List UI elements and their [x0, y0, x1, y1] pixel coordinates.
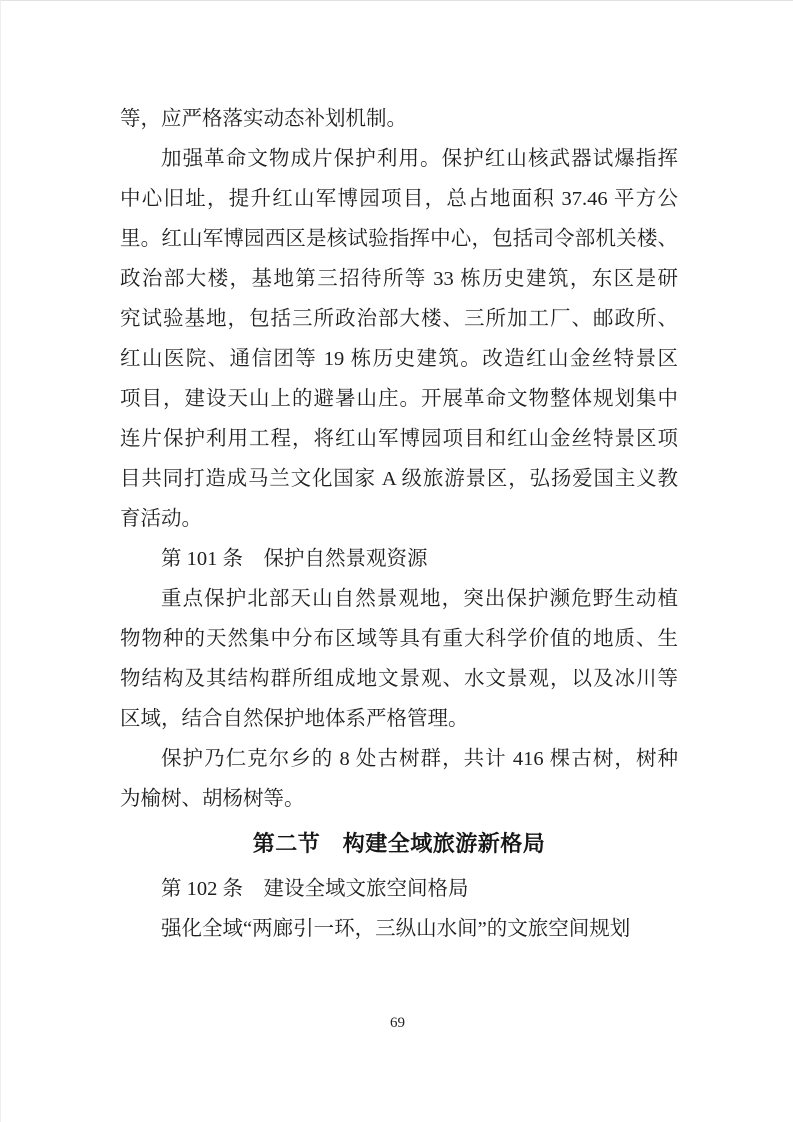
text-line: 区域，结合自然保护地体系严格管理。	[120, 699, 678, 739]
text-line: 政治部大楼，基地第三招待所等 33 栋历史建筑，东区是研	[120, 259, 678, 299]
text-block: 等，应严格落实动态补划机制。 加强革命文物成片保护利用。保护红山核武器试爆指挥 …	[1, 1, 793, 949]
text-line: 里。红山军博园西区是核试验指挥中心，包括司令部机关楼、	[120, 219, 678, 259]
text-line: 等，应严格落实动态补划机制。	[120, 99, 678, 139]
text-line: 究试验基地，包括三所政治部大楼、三所加工厂、邮政所、	[120, 299, 678, 339]
text-line: 目共同打造成马兰文化国家 A 级旅游景区，弘扬爱国主义教	[120, 459, 678, 499]
article-102-heading: 第 102 条 建设全域文旅空间格局	[120, 869, 678, 909]
document-page: 等，应严格落实动态补划机制。 加强革命文物成片保护利用。保护红山核武器试爆指挥 …	[1, 1, 793, 1122]
text-line: 物结构及其结构群所组成地文景观、水文景观，以及冰川等	[120, 659, 678, 699]
text-line: 保护乃仁克尔乡的 8 处古树群，共计 416 棵古树，树种	[120, 739, 678, 779]
text-line: 物物种的天然集中分布区域等具有重大科学价值的地质、生	[120, 619, 678, 659]
text-line: 中心旧址，提升红山军博园项目，总占地面积 37.46 平方公	[120, 179, 678, 219]
text-line: 加强革命文物成片保护利用。保护红山核武器试爆指挥	[120, 139, 678, 179]
article-101-heading: 第 101 条 保护自然景观资源	[120, 539, 678, 579]
text-line: 育活动。	[120, 499, 678, 539]
text-line: 连片保护利用工程，将红山军博园项目和红山金丝特景区项	[120, 419, 678, 459]
text-line: 强化全域“两廊引一环，三纵山水间”的文旅空间规划	[120, 909, 678, 949]
text-line: 红山医院、通信团等 19 栋历史建筑。改造红山金丝特景区	[120, 339, 678, 379]
page-number: 69	[1, 1015, 793, 1032]
text-line: 重点保护北部天山自然景观地，突出保护濒危野生动植	[120, 579, 678, 619]
section-2-heading: 第二节 构建全域旅游新格局	[120, 819, 678, 869]
text-line: 项目，建设天山上的避暑山庄。开展革命文物整体规划集中	[120, 379, 678, 419]
text-line: 为榆树、胡杨树等。	[120, 779, 678, 819]
